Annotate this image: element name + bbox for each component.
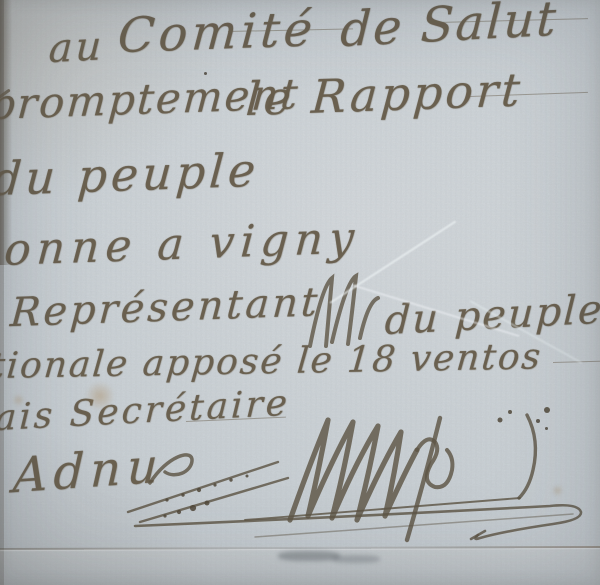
signature-descender — [407, 418, 440, 540]
ink-speck — [204, 72, 207, 75]
handwritten-line-2-word: le Rapport — [244, 62, 524, 126]
handwritten-line-1-word: au — [48, 23, 106, 72]
signature-dots — [498, 407, 551, 423]
ink-smudge — [278, 551, 340, 561]
ink-speck — [536, 419, 540, 423]
handwritten-line-6: tionale apposé le 18 ventos — [0, 336, 544, 387]
foxing-stain — [551, 485, 564, 496]
foxing-stain — [84, 382, 116, 410]
manuscript-photo: au Comité de Salut promptement le Rappor… — [0, 0, 600, 585]
handwritten-line-5-word: Représentant — [9, 279, 322, 336]
adnu-terminal-loop — [150, 455, 192, 483]
handwritten-line-1-word: Comité — [116, 1, 318, 64]
signature-terminal-stroke — [519, 415, 535, 498]
ink-smudge — [332, 555, 380, 563]
foxing-stain — [12, 394, 25, 406]
handwritten-line-5-word: du peuple — [384, 287, 600, 345]
overstrike-loops — [302, 268, 397, 348]
ink-speck — [545, 427, 548, 430]
handwritten-line-1-word: de Salut — [339, 0, 559, 58]
handwritten-line-3: du peuple — [0, 143, 261, 206]
signature-scrawl — [290, 420, 417, 520]
signature-flourish — [95, 398, 600, 550]
